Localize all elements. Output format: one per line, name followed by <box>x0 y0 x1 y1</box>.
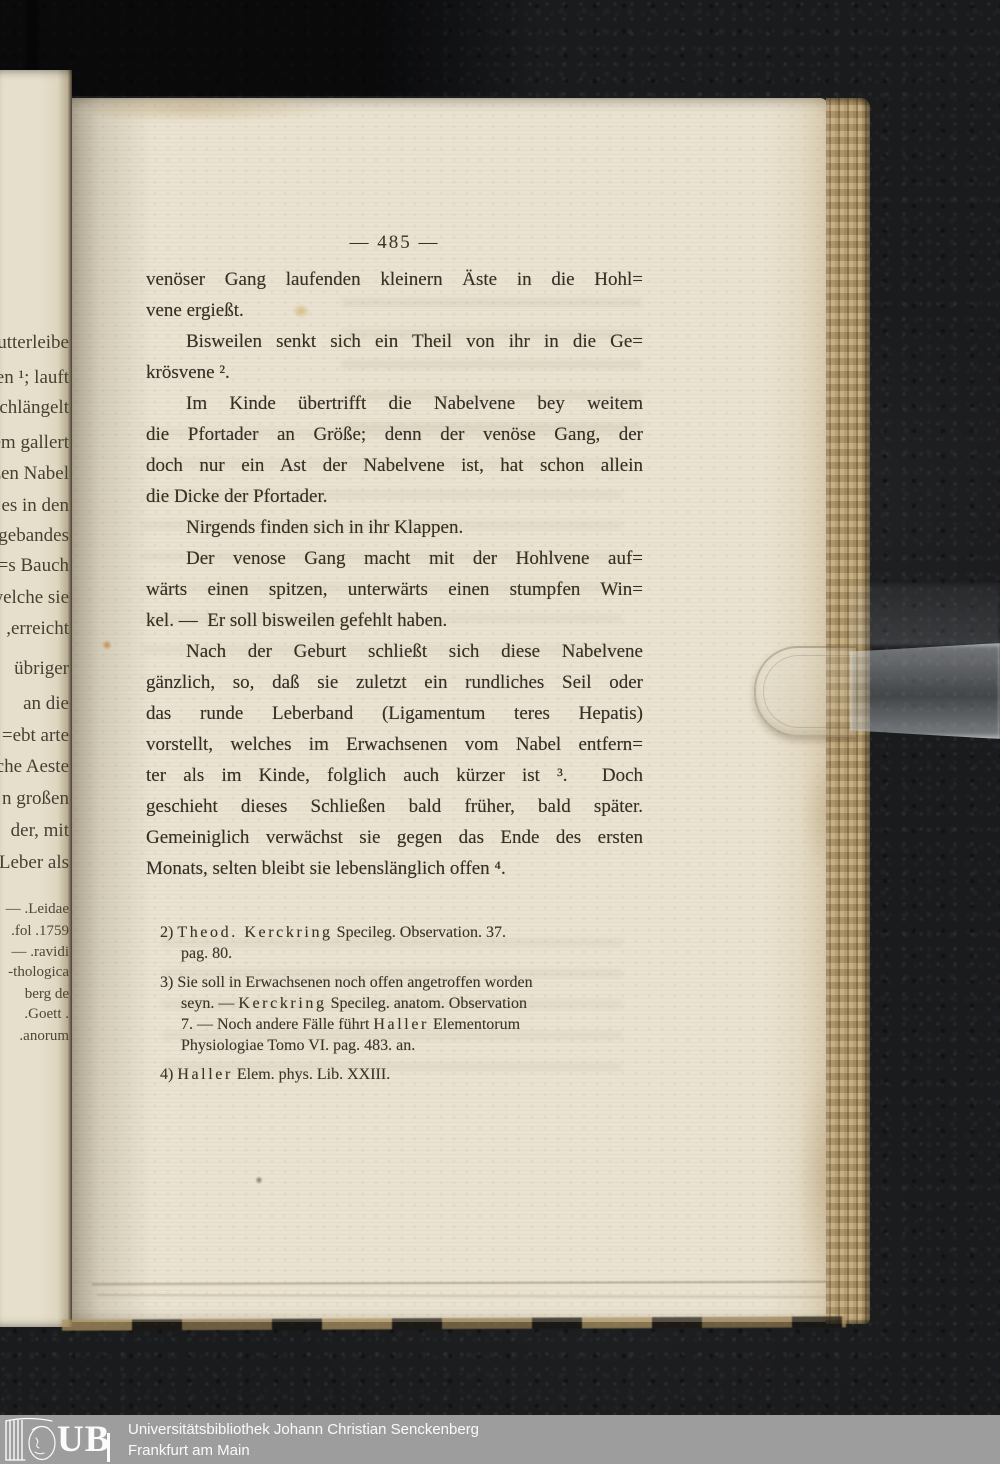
text-line: vene ergießt. <box>146 295 643 326</box>
left-page-fragment: welche sie <box>0 587 69 609</box>
left-page-edge: Mutterleibe en ¹; lauft eschlängelt, em … <box>0 70 72 1327</box>
text-line: Nirgends finden sich in ihr Klappen. <box>146 512 643 543</box>
footnote-line: pag. 80. <box>160 943 668 964</box>
library-banner: UB Universitätsbibliothek Johann Christi… <box>0 1415 1000 1464</box>
library-name-block: Universitätsbibliothek Johann Christian … <box>128 1419 479 1461</box>
speck <box>255 1176 263 1184</box>
ub-logo-text: UB <box>57 1418 110 1461</box>
footnote-2: 2) Theod. Kerckring Specileg. Observatio… <box>160 922 668 964</box>
text-line: geschieht dieses Schließen bald früher, … <box>146 791 643 822</box>
footnote-marker: 2) <box>160 924 177 941</box>
left-page-fragment: en ¹; lauft <box>0 367 69 389</box>
main-text-block: venöser Gang laufenden kleinern Äste in … <box>146 264 643 884</box>
text-line: Gemeiniglich verwächst sie gegen das End… <box>146 822 643 853</box>
left-page-footnote-fragment: anorum. <box>0 1025 69 1047</box>
library-name: Universitätsbibliothek Johann Christian … <box>128 1419 479 1440</box>
footnote-line: 2) Theod. Kerckring Specileg. Observatio… <box>160 922 668 943</box>
library-city: Frankfurt am Main <box>128 1440 479 1461</box>
bookmark-reflection-haze <box>850 584 1000 646</box>
footnote-line: seyn. — Kerckring Specileg. anatom. Obse… <box>160 993 668 1014</box>
left-page-fragment: s Bauch= <box>0 555 69 577</box>
ub-logo: UB <box>2 1416 120 1463</box>
footnote-line: 7. — Noch andere Fälle führt Haller Elem… <box>160 1014 668 1035</box>
left-page-fragment: zen Nabel= <box>0 463 69 485</box>
page-number: — 485 — <box>146 232 643 254</box>
left-page-fragment: em gallert= <box>0 432 69 454</box>
author-name: Kerckring <box>238 995 326 1012</box>
text-line: Der venose Gang macht mit der Hohlvene a… <box>146 543 643 574</box>
left-page-fragment: Leber als <box>0 852 69 874</box>
stain <box>90 96 340 122</box>
stain <box>292 304 310 318</box>
text-line: Im Kinde übertrifft die Nabelvene bey we… <box>146 388 643 419</box>
left-page-fragment: der, mit <box>0 820 69 842</box>
text-line: die Dicke der Pfortader. <box>146 481 643 512</box>
book-page: — 485 — venöser Gang laufenden kleinern … <box>72 98 828 1322</box>
footnotes-block: 2) Theod. Kerckring Specileg. Observatio… <box>160 922 668 1093</box>
text-line: Bisweilen senkt sich ein Theil von ihr i… <box>146 326 643 357</box>
footnote-line: 4) Haller Elem. phys. Lib. XXIII. <box>160 1064 668 1085</box>
scanned-book-photo: Mutterleibe en ¹; lauft eschlängelt, em … <box>0 0 1000 1464</box>
footnote-text: Elem. phys. Lib. XXIII. <box>233 1066 390 1083</box>
footnote-text: Specileg. Observation. 37. <box>333 924 506 941</box>
author-name: Theod. Kerckring <box>177 924 332 941</box>
text-line: das runde Leberband (Ligamentum teres He… <box>146 698 643 729</box>
left-page-fragment: n großen <box>0 788 69 810</box>
left-page-fragment: che Aeste <box>0 756 69 778</box>
cover-hinge-seam <box>27 0 38 80</box>
plastic-bookmark-end <box>754 646 856 737</box>
footnote-3: 3) Sie soll in Erwachsenen noch offen an… <box>160 972 668 1056</box>
left-page-fragment: es in den <box>0 495 69 517</box>
text-line: Monats, selten bleibt sie lebenslänglich… <box>146 853 643 884</box>
stain <box>102 640 112 650</box>
footnote-line: 3) Sie soll in Erwachsenen noch offen an… <box>160 972 668 993</box>
logo-divider-bar <box>107 1433 110 1462</box>
footnote-marker: 4) <box>160 1066 177 1083</box>
author-name: Haller <box>373 1016 429 1033</box>
footnote-text: Elementorum <box>429 1016 520 1033</box>
text-line: kel. — Er soll bisweilen gefehlt haben. <box>146 605 643 636</box>
text-line: die Pfortader an Größe; denn der venöse … <box>146 419 643 450</box>
left-page-fragment: eschlängelt, <box>0 397 69 419</box>
cover-board-shadow <box>0 0 540 96</box>
left-page-footnote-fragment: 1759. fol. <box>0 920 69 942</box>
text-line: Nach der Geburt schließt sich diese Nabe… <box>146 636 643 667</box>
footnote-text: seyn. — <box>181 995 238 1012</box>
text-line: krösvene ². <box>146 357 643 388</box>
text-line: venöser Gang laufenden kleinern Äste in … <box>146 264 643 295</box>
plastic-bookmark-strip <box>850 643 1000 739</box>
left-page-fragment: Mutterleibe <box>0 332 69 354</box>
text-line: doch nur ein Ast der Nabelvene ist, hat … <box>146 450 643 481</box>
left-page-footnote-fragment: berg de <box>0 983 69 1005</box>
left-page-fragment: ebt arte= <box>0 725 69 747</box>
left-page-fragment: übriger <box>0 658 69 680</box>
text-line: gänzlich, so, daß sie zuletzt ein rundli… <box>146 667 643 698</box>
left-page-fragment: ngebandes <box>0 525 69 547</box>
left-page-footnote-fragment: ravidi. — <box>0 941 69 963</box>
footnote-text: 7. — Noch andere Fälle führt <box>181 1016 373 1033</box>
footnote-text: Specileg. anatom. Observation <box>327 995 527 1012</box>
author-name: Haller <box>177 1066 233 1083</box>
left-page-footnote-fragment: . Goett. <box>0 1003 69 1025</box>
text-line: ter als im Kinde, folglich auch kürzer i… <box>146 760 643 791</box>
text-line: vorstellt, welches im Erwachsenen vom Na… <box>146 729 643 760</box>
text-line: wärts einen spitzen, unterwärts einen st… <box>146 574 643 605</box>
left-page-footnote-fragment: Leidae. — <box>0 898 69 920</box>
footnote-line: Physiologiae Tomo VI. pag. 483. an. <box>160 1035 668 1056</box>
footnote-4: 4) Haller Elem. phys. Lib. XXIII. <box>160 1064 668 1085</box>
left-page-fragment: an die <box>0 693 69 715</box>
left-page-footnote-fragment: thologica- <box>0 961 69 983</box>
left-page-fragment: erreicht, <box>0 618 69 640</box>
